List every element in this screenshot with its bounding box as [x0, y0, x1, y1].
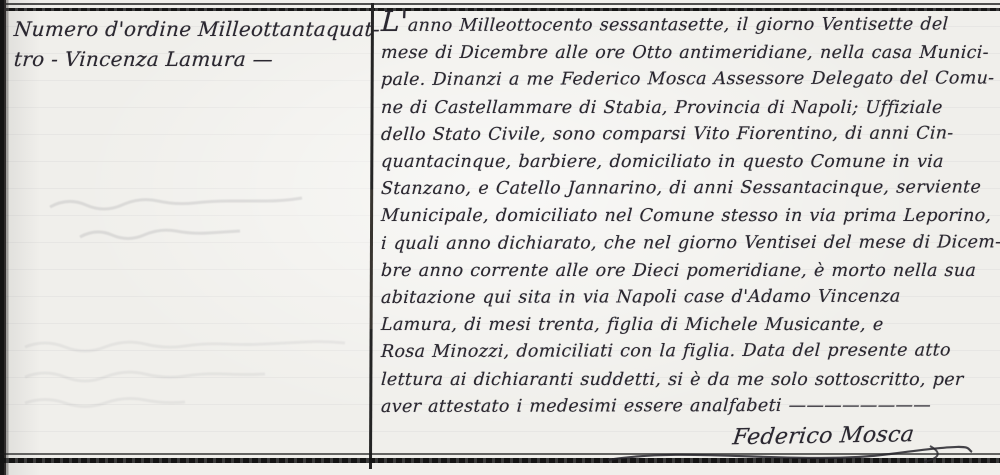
- handwritten-line: mese di Dicembre alle ore Otto antimerid…: [380, 40, 997, 67]
- column-divider-line: [369, 3, 374, 469]
- handwritten-line: Municipale, domiciliato nel Comune stess…: [380, 203, 997, 230]
- handwritten-line: i quali anno dichiarato, che nel giorno …: [380, 229, 997, 258]
- act-number-line: Numero d'ordine Milleottantaquat-: [13, 14, 367, 44]
- handwritten-line: dello Stato Civile, sono comparsi Vito F…: [380, 120, 997, 149]
- margin-column: Numero d'ordine Milleottantaquat- tro - …: [14, 14, 366, 74]
- handwritten-line: bre anno corrente alle ore Dieci pomerid…: [380, 258, 997, 285]
- handwritten-line: lettura ai dichiaranti suddetti, si è da…: [380, 367, 997, 394]
- signature-flourish: [600, 442, 980, 468]
- handwritten-line: Stanzano, e Catello Jannarino, di anni S…: [380, 175, 997, 204]
- handwritten-line: L'anno Milleottocento sessantasette, il …: [380, 9, 998, 40]
- handwritten-line: quantacinque, barbiere, domiciliato in q…: [380, 149, 997, 176]
- bleed-through-ink: [40, 185, 330, 255]
- handwritten-line: Rosa Minozzi, domiciliati con la figlia.…: [380, 338, 997, 367]
- act-text: L'anno Milleottocento sessantasette, il …: [381, 11, 997, 449]
- handwritten-line: aver attestato i medesimi essere analfab…: [380, 392, 997, 421]
- bleed-through-ink-lower: [20, 335, 350, 415]
- handwritten-line: ne di Castellammare di Stabia, Provincia…: [380, 95, 997, 122]
- handwritten-line: Lamura, di mesi trenta, figlia di Michel…: [380, 312, 997, 339]
- handwritten-line: pale. Dinanzi a me Federico Mosca Assess…: [380, 66, 997, 95]
- left-page-edge: [0, 0, 9, 475]
- register-page: Numero d'ordine Milleottantaquat- tro - …: [0, 0, 1000, 475]
- handwritten-line: abitazione qui sita in via Napoli case d…: [380, 283, 997, 312]
- top-border-line: [0, 3, 1000, 5]
- deceased-name-line: tro - Vincenza Lamura —: [13, 44, 367, 74]
